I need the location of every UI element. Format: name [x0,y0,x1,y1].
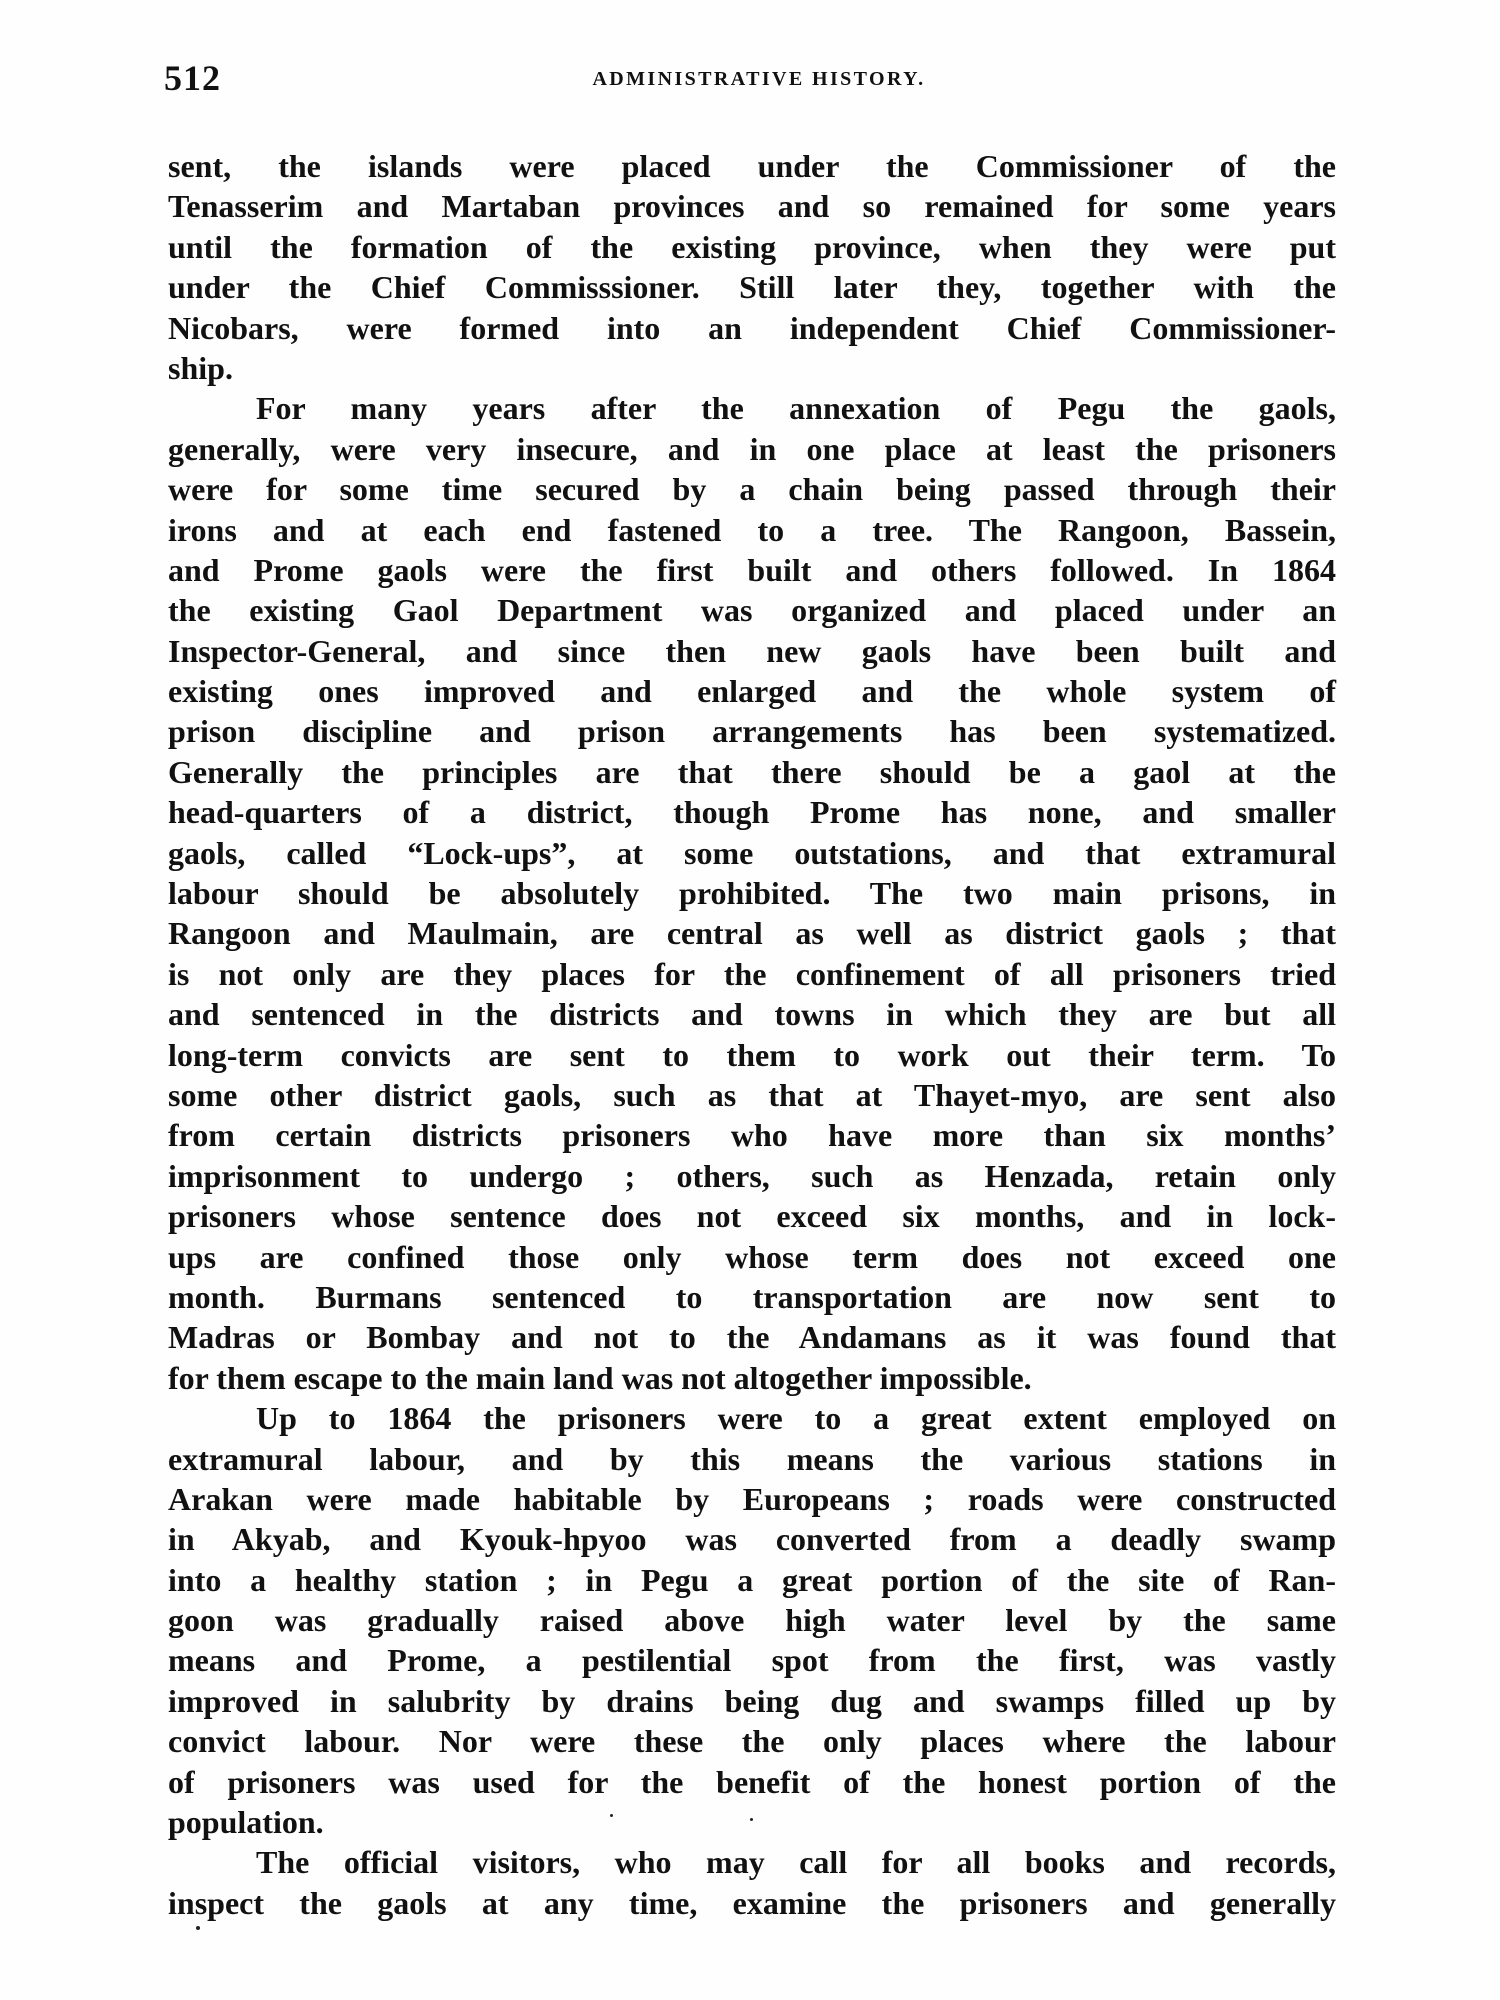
paragraph-start-line: The official visitors, who may call for … [168,1842,1336,1882]
text-line: head-quarters of a district, though Prom… [168,792,1336,832]
text-line: some other district gaols, such as that … [168,1075,1336,1115]
text-line: sent, the islands were placed under the … [168,146,1336,186]
text-line: month. Burmans sentenced to transportati… [168,1277,1336,1317]
text-line: irons and at each end fastened to a tree… [168,510,1336,550]
paragraph-start-line: For many years after the annexation of P… [168,388,1336,428]
paragraph-start-line: Up to 1864 the prisoners were to a great… [168,1398,1336,1438]
text-line: Tenasserim and Martaban provinces and so… [168,186,1336,226]
text-line: Madras or Bombay and not to the Andamans… [168,1317,1336,1357]
text-line: in Akyab, and Kyouk-hpyoo was converted … [168,1519,1336,1559]
print-speck [750,1818,753,1821]
print-speck [196,1926,200,1930]
running-title: ADMINISTRATIVE HISTORY. [545,66,973,92]
text-line: prisoners whose sentence does not exceed… [168,1196,1336,1236]
text-line: prison discipline and prison arrangement… [168,711,1336,751]
text-line: Rangoon and Maulmain, are central as wel… [168,913,1336,953]
paragraph-end-line: population. [168,1802,1336,1842]
text-line: under the Chief Commisssioner. Still lat… [168,267,1336,307]
text-line: until the formation of the existing prov… [168,227,1336,267]
paragraph-end-line: for them escape to the main land was not… [168,1358,1336,1398]
text-line: labour should be absolutely prohibited. … [168,873,1336,913]
print-speck [610,1814,613,1817]
text-line: of prisoners was used for the benefit of… [168,1762,1336,1802]
text-line: Generally the principles are that there … [168,752,1336,792]
book-page: 512 ADMINISTRATIVE HISTORY. sent, the is… [0,0,1500,2000]
text-line: Nicobars, were formed into an independen… [168,308,1336,348]
text-line: generally, were very insecure, and in on… [168,429,1336,469]
text-line: goon was gradually raised above high wat… [168,1600,1336,1640]
text-line: existing ones improved and enlarged and … [168,671,1336,711]
text-line: means and Prome, a pestilential spot fro… [168,1640,1336,1680]
text-line: and sentenced in the districts and towns… [168,994,1336,1034]
text-line: into a healthy station ; in Pegu a great… [168,1560,1336,1600]
body-text: sent, the islands were placed under the … [168,146,1336,1923]
text-line: the existing Gaol Department was organiz… [168,590,1336,630]
text-line: were for some time secured by a chain be… [168,469,1336,509]
text-line: Arakan were made habitable by Europeans … [168,1479,1336,1519]
text-line: inspect the gaols at any time, examine t… [168,1883,1336,1923]
text-line: Inspector-General, and since then new ga… [168,631,1336,671]
paragraph-end-line: ship. [168,348,1336,388]
text-line: and Prome gaols were the first built and… [168,550,1336,590]
text-line: is not only are they places for the conf… [168,954,1336,994]
text-line: convict labour. Nor were these the only … [168,1721,1336,1761]
text-line: extramural labour, and by this means the… [168,1439,1336,1479]
text-line: long-term convicts are sent to them to w… [168,1035,1336,1075]
text-line: from certain districts prisoners who hav… [168,1115,1336,1155]
text-line: gaols, called “Lock-ups”, at some outsta… [168,833,1336,873]
text-line: ups are confined those only whose term d… [168,1237,1336,1277]
text-line: improved in salubrity by drains being du… [168,1681,1336,1721]
page-number: 512 [164,58,221,98]
text-line: imprisonment to undergo ; others, such a… [168,1156,1336,1196]
